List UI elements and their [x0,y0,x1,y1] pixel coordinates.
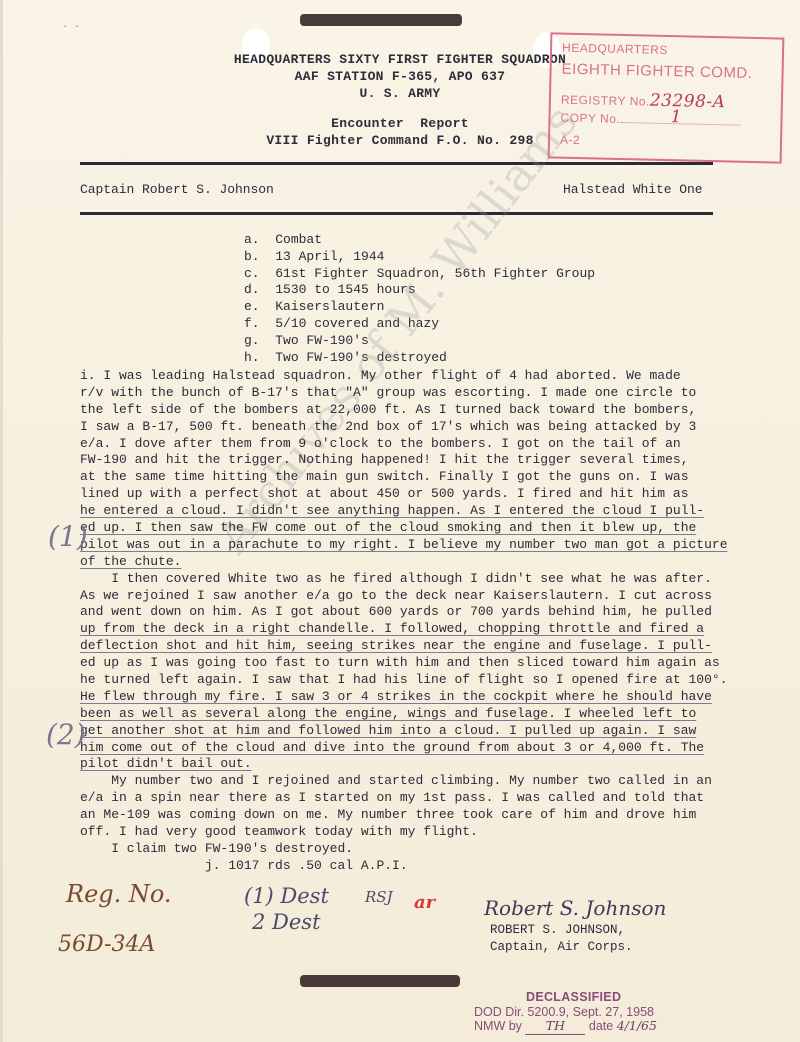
narrative-line-underlined: He flew through my fire. I saw 3 or 4 st… [80,689,780,706]
item-a: a. Combat [244,232,595,249]
narrative-line: j. 1017 rds .50 cal A.P.I. [80,858,780,875]
redaction-bar-top [300,14,462,26]
stamp-copy: COPY No.1 [560,111,740,129]
red-mark: ar [414,892,435,913]
registry-stamp: HEADQUARTERS EIGHTH FIGHTER COMD. REGIST… [548,32,785,163]
narrative-line: As we rejoined I saw another e/a go to t… [80,588,780,605]
signatory-name: ROBERT S. JOHNSON, [490,922,633,939]
narrative-line: I saw a B-17, 500 ft. beneath the 2nd bo… [80,419,780,436]
handwritten-reg-label: Reg. No. [66,880,172,908]
margin-note-2: (2) [46,718,86,751]
narrative-line: and went down on him. As I got about 600… [80,604,780,621]
narrative-line: off. I had very good teamwork today with… [80,824,780,841]
narrative-line: e/a. I dove after them from 9 o'clock to… [80,436,780,453]
signature: Robert S. Johnson [484,896,666,920]
stamp-command: EIGHTH FIGHTER COMD. [561,61,752,82]
handwritten-dest-2: 2 Dest [252,910,321,934]
declassified-directive: DOD Dir. 5200.9, Sept. 27, 1958 [474,1005,657,1020]
narrative-line: the left side of the bombers at 22,000 f… [80,402,780,419]
narrative-line-underlined: ed up. I then saw the FW come out of the… [80,520,780,537]
declassified-title: DECLASSIFIED [474,990,657,1005]
narrative-line-underlined: been as well as several along the engine… [80,706,780,723]
narrative-line: My number two and I rejoined and started… [80,773,780,790]
handwritten-dest-1: (1) Dest [244,884,329,908]
narrative-line-underlined: get another shot at him and followed him… [80,723,780,740]
pilot-callsign: Halstead White One [563,182,703,197]
item-h: h. Two FW-190's destroyed [244,350,595,367]
pilot-name: Captain Robert S. Johnson [80,182,274,197]
signature-block: ROBERT S. JOHNSON, Captain, Air Corps. [490,922,633,956]
stamp-registry: REGISTRY No.23298-A [561,89,726,113]
divider-top [80,162,713,165]
narrative-line: I claim two FW-190's destroyed. [80,841,780,858]
margin-note-1: (1) [48,520,88,553]
handwritten-initials: RSJ [365,888,393,906]
narrative: i. I was leading Halstead squadron. My o… [80,368,780,875]
declassified-stamp: DECLASSIFIED DOD Dir. 5200.9, Sept. 27, … [474,990,657,1035]
narrative-line: r/v with the bunch of B-17's that "A" gr… [80,385,780,402]
narrative-line-underlined: pilot was out in a parachute to my right… [80,537,780,554]
registry-number: 23298-A [650,91,726,113]
narrative-line: ed up as I was going too fast to turn wi… [80,655,780,672]
margin-marks: - - [62,22,80,33]
narrative-line: lined up with a perfect shot at about 45… [80,486,780,503]
handwritten-reg-number: 56D-34A [58,932,155,957]
narrative-line: e/a in a spin near there as I started on… [80,790,780,807]
narrative-line-underlined: deflection shot and hit him, seeing stri… [80,638,780,655]
narrative-line: he turned left again. I saw that I had h… [80,672,780,689]
narrative-line: at the same time hitting the main gun sw… [80,469,780,486]
narrative-line: I then covered White two as he fired alt… [80,571,780,588]
narrative-line: an Me-109 was coming down on me. My numb… [80,807,780,824]
signatory-rank: Captain, Air Corps. [490,939,633,956]
narrative-line: i. I was leading Halstead squadron. My o… [80,368,780,385]
document-page: - - HEADQUARTERS SIXTY FIRST FIGHTER SQU… [0,0,800,1042]
copy-number: 1 [670,107,682,127]
narrative-line: FW-190 and hit the trigger. Nothing happ… [80,452,780,469]
stamp-headquarters: HEADQUARTERS [562,41,668,57]
page-edge [0,0,3,1042]
narrative-line-underlined: of the chute. [80,554,780,571]
narrative-line-underlined: he entered a cloud. I didn't see anythin… [80,503,780,520]
narrative-line-underlined: him come out of the cloud and dive into … [80,740,780,757]
narrative-line-underlined: up from the deck in a right chandelle. I… [80,621,780,638]
declassified-by: NMW by TH date 4/1/65 [474,1019,657,1035]
redaction-bar-bottom [300,975,460,987]
narrative-line-underlined: pilot didn't bail out. [80,756,780,773]
divider-bottom [80,212,713,215]
